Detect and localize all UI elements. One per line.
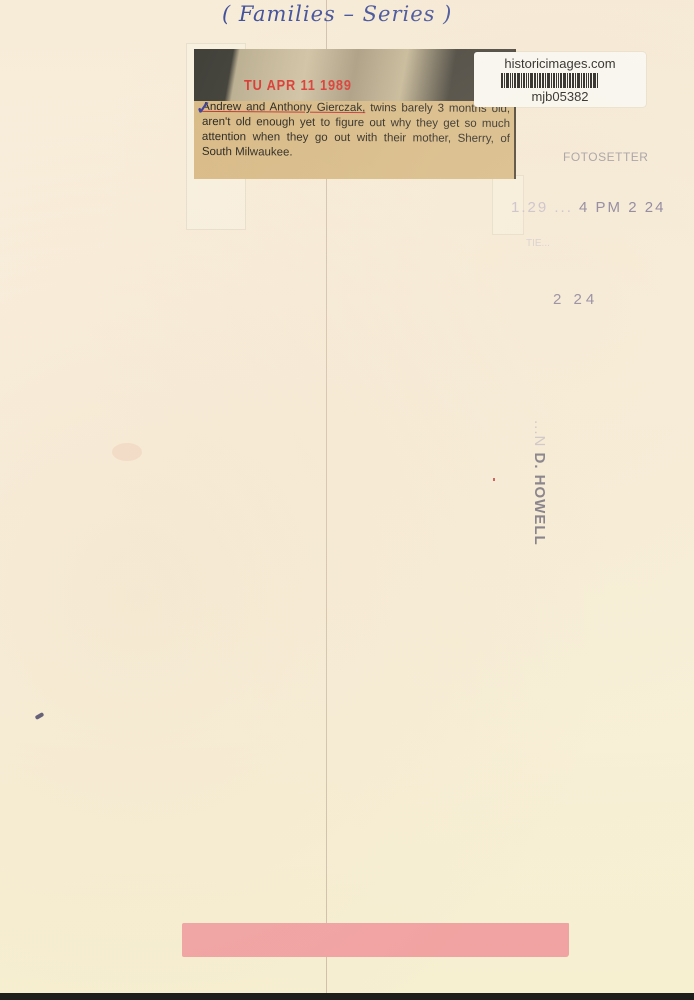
handwritten-note: ( Families – Series ) [222, 2, 502, 42]
date-stamp: TU APR 11 1989 [244, 77, 352, 94]
faint-stamp: TIE... [526, 238, 550, 249]
pink-tape-strip [182, 923, 569, 957]
inventory-label: historicimages.com mjb05382 [474, 52, 646, 107]
time-stamp-text: 4 PM 2 24 [579, 199, 665, 216]
barcode-icon [501, 73, 619, 88]
label-site: historicimages.com [474, 56, 646, 71]
photographer-stamp: ...N D. HOWELL [531, 420, 548, 546]
photographer-faint: ...N [531, 420, 548, 447]
label-id: mjb05382 [474, 89, 646, 104]
stain-mark [112, 443, 142, 461]
check-mark-icon: ✓ [196, 97, 206, 119]
photo-back: ( Families – Series ) TU APR 11 1989 And… [0, 0, 694, 993]
time-stamp: 1.29 ... 4 PM 2 24 [511, 199, 665, 216]
newspaper-clipping: TU APR 11 1989 Andrew and Anthony Giercz… [194, 49, 516, 179]
fotosetter-stamp: FOTOSETTER [563, 150, 648, 164]
red-dot-mark [493, 478, 495, 481]
photographer-name: D. HOWELL [531, 453, 548, 546]
clipping-caption: Andrew and Anthony Gierczak, twins barel… [202, 100, 510, 162]
clipping-photo [194, 49, 514, 101]
time-stamp-faint: 1.29 ... [511, 199, 579, 216]
ink-speck [35, 712, 45, 720]
number-stamp: 2 24 [553, 291, 598, 308]
caption-names: Andrew and Anthony Gierczak, [202, 101, 365, 114]
